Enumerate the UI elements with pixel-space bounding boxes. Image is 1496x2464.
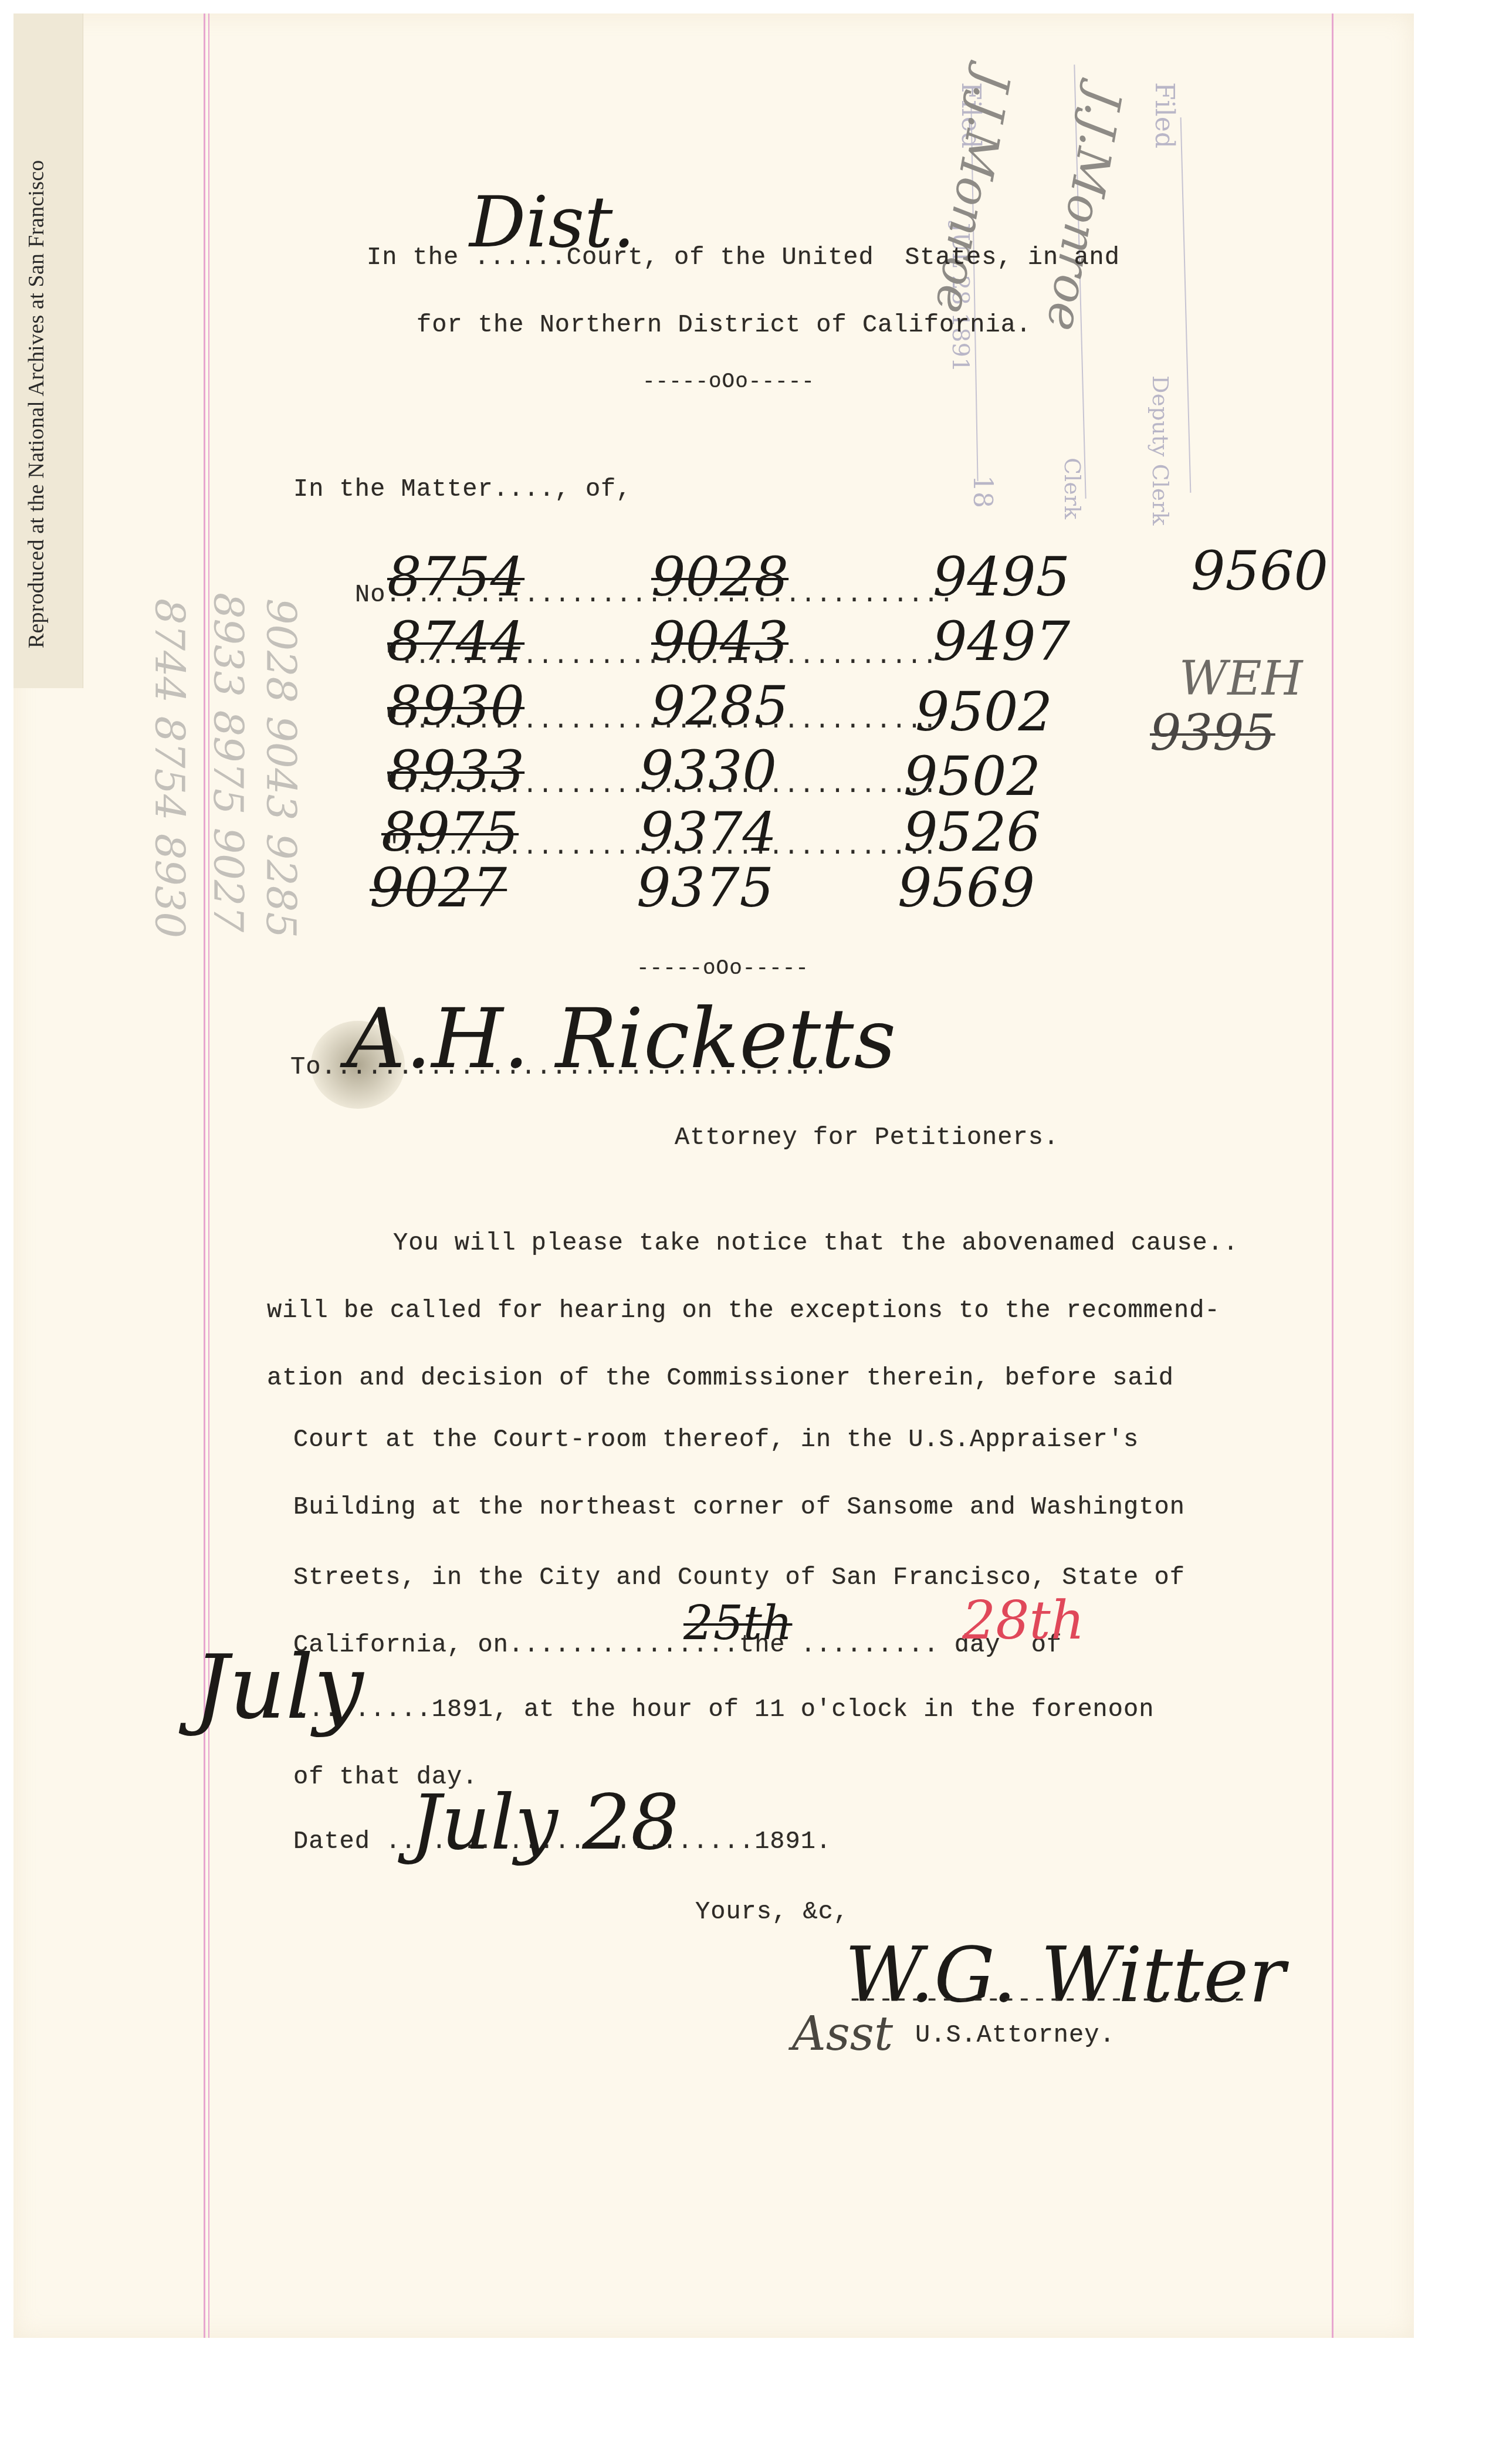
- side-annotation-initials: WEH: [1179, 651, 1302, 706]
- left-margin-rule: [204, 13, 205, 2338]
- court-heading-line2: for the Northern District of California.: [417, 311, 1031, 339]
- matter-number: 9028: [651, 546, 788, 608]
- signature-line: --------------------------: [848, 1986, 1247, 2014]
- matter-number: 8754: [387, 546, 524, 608]
- corrected-day-red: 28th: [962, 1590, 1085, 1651]
- header-separator: -----oOo-----: [642, 370, 815, 394]
- body-line-6: Streets, in the City and County of San F…: [293, 1563, 1185, 1592]
- matter-number: 8975: [381, 801, 519, 864]
- matter-number: 8930: [387, 675, 524, 737]
- court-type-handwritten: Dist.: [469, 182, 635, 263]
- body-line-2: will be called for hearing on the except…: [267, 1297, 1220, 1325]
- stamp-year-prefix: 18: [967, 475, 997, 508]
- side-annotation-number: 9395: [1150, 704, 1275, 761]
- matter-number: 9495: [933, 546, 1070, 608]
- matter-separator: -----oOo-----: [637, 956, 809, 980]
- stamp-deputy: Deputy Clerk: [1148, 375, 1173, 525]
- closing-salutation: Yours, &c,: [695, 1898, 849, 1926]
- struck-day-handwritten: 25th: [683, 1596, 792, 1650]
- month-handwritten: July: [194, 1637, 363, 1739]
- margin-ghost-notes-2: 8933 8975 9027: [204, 593, 252, 932]
- right-margin-rule: [1332, 13, 1333, 2338]
- body-line-5: Building at the northeast corner of Sans…: [293, 1493, 1185, 1521]
- matter-number: 9497: [933, 610, 1070, 673]
- matter-number: 9375: [637, 857, 774, 919]
- body-date-line: California, on...............the .......…: [293, 1631, 1062, 1659]
- margin-ghost-notes-1: 8744 8754 8930: [145, 598, 194, 938]
- matter-number: 9502: [915, 681, 1052, 743]
- addressee-title: Attorney for Petitioners.: [675, 1123, 1059, 1152]
- matter-number: 9569: [898, 857, 1035, 919]
- archive-label: Reproduced at the National Archives at S…: [23, 160, 49, 648]
- matter-number: 9027: [370, 857, 507, 919]
- body-line-3: ation and decision of the Commissioner t…: [267, 1364, 1174, 1392]
- body-month-line: .........1891, at the hour of 11 o'clock…: [293, 1695, 1154, 1724]
- dated-handwritten: July 28: [411, 1778, 679, 1867]
- matter-number: 8933: [387, 739, 524, 802]
- matter-number: 9043: [651, 610, 788, 673]
- assistant-prefix-handwritten: Asst: [792, 2006, 893, 2061]
- matter-number: 9285: [651, 675, 788, 737]
- left-margin-rule-inner: [208, 13, 209, 2338]
- body-line-1: You will please take notice that the abo…: [393, 1229, 1238, 1257]
- stamp-clerk: Clerk: [1060, 458, 1085, 519]
- matter-number: 9560: [1191, 540, 1328, 603]
- matter-label: In the Matter...., of,: [293, 475, 632, 503]
- matter-number: 9374: [639, 801, 777, 864]
- matter-number: 8744: [387, 610, 524, 673]
- matter-number: 9526: [903, 801, 1041, 864]
- attorney-title: U.S.Attorney.: [915, 2021, 1115, 2049]
- addressee-name-handwritten: A.H. Ricketts: [346, 991, 896, 1087]
- margin-ghost-notes-3: 9028 9043 9285: [257, 598, 305, 938]
- matter-number: 9502: [903, 745, 1041, 808]
- stamp-filed-2: Filed: [1149, 82, 1179, 148]
- matter-number: 9330: [639, 739, 777, 802]
- body-line-4: Court at the Court-room thereof, in the …: [293, 1426, 1139, 1454]
